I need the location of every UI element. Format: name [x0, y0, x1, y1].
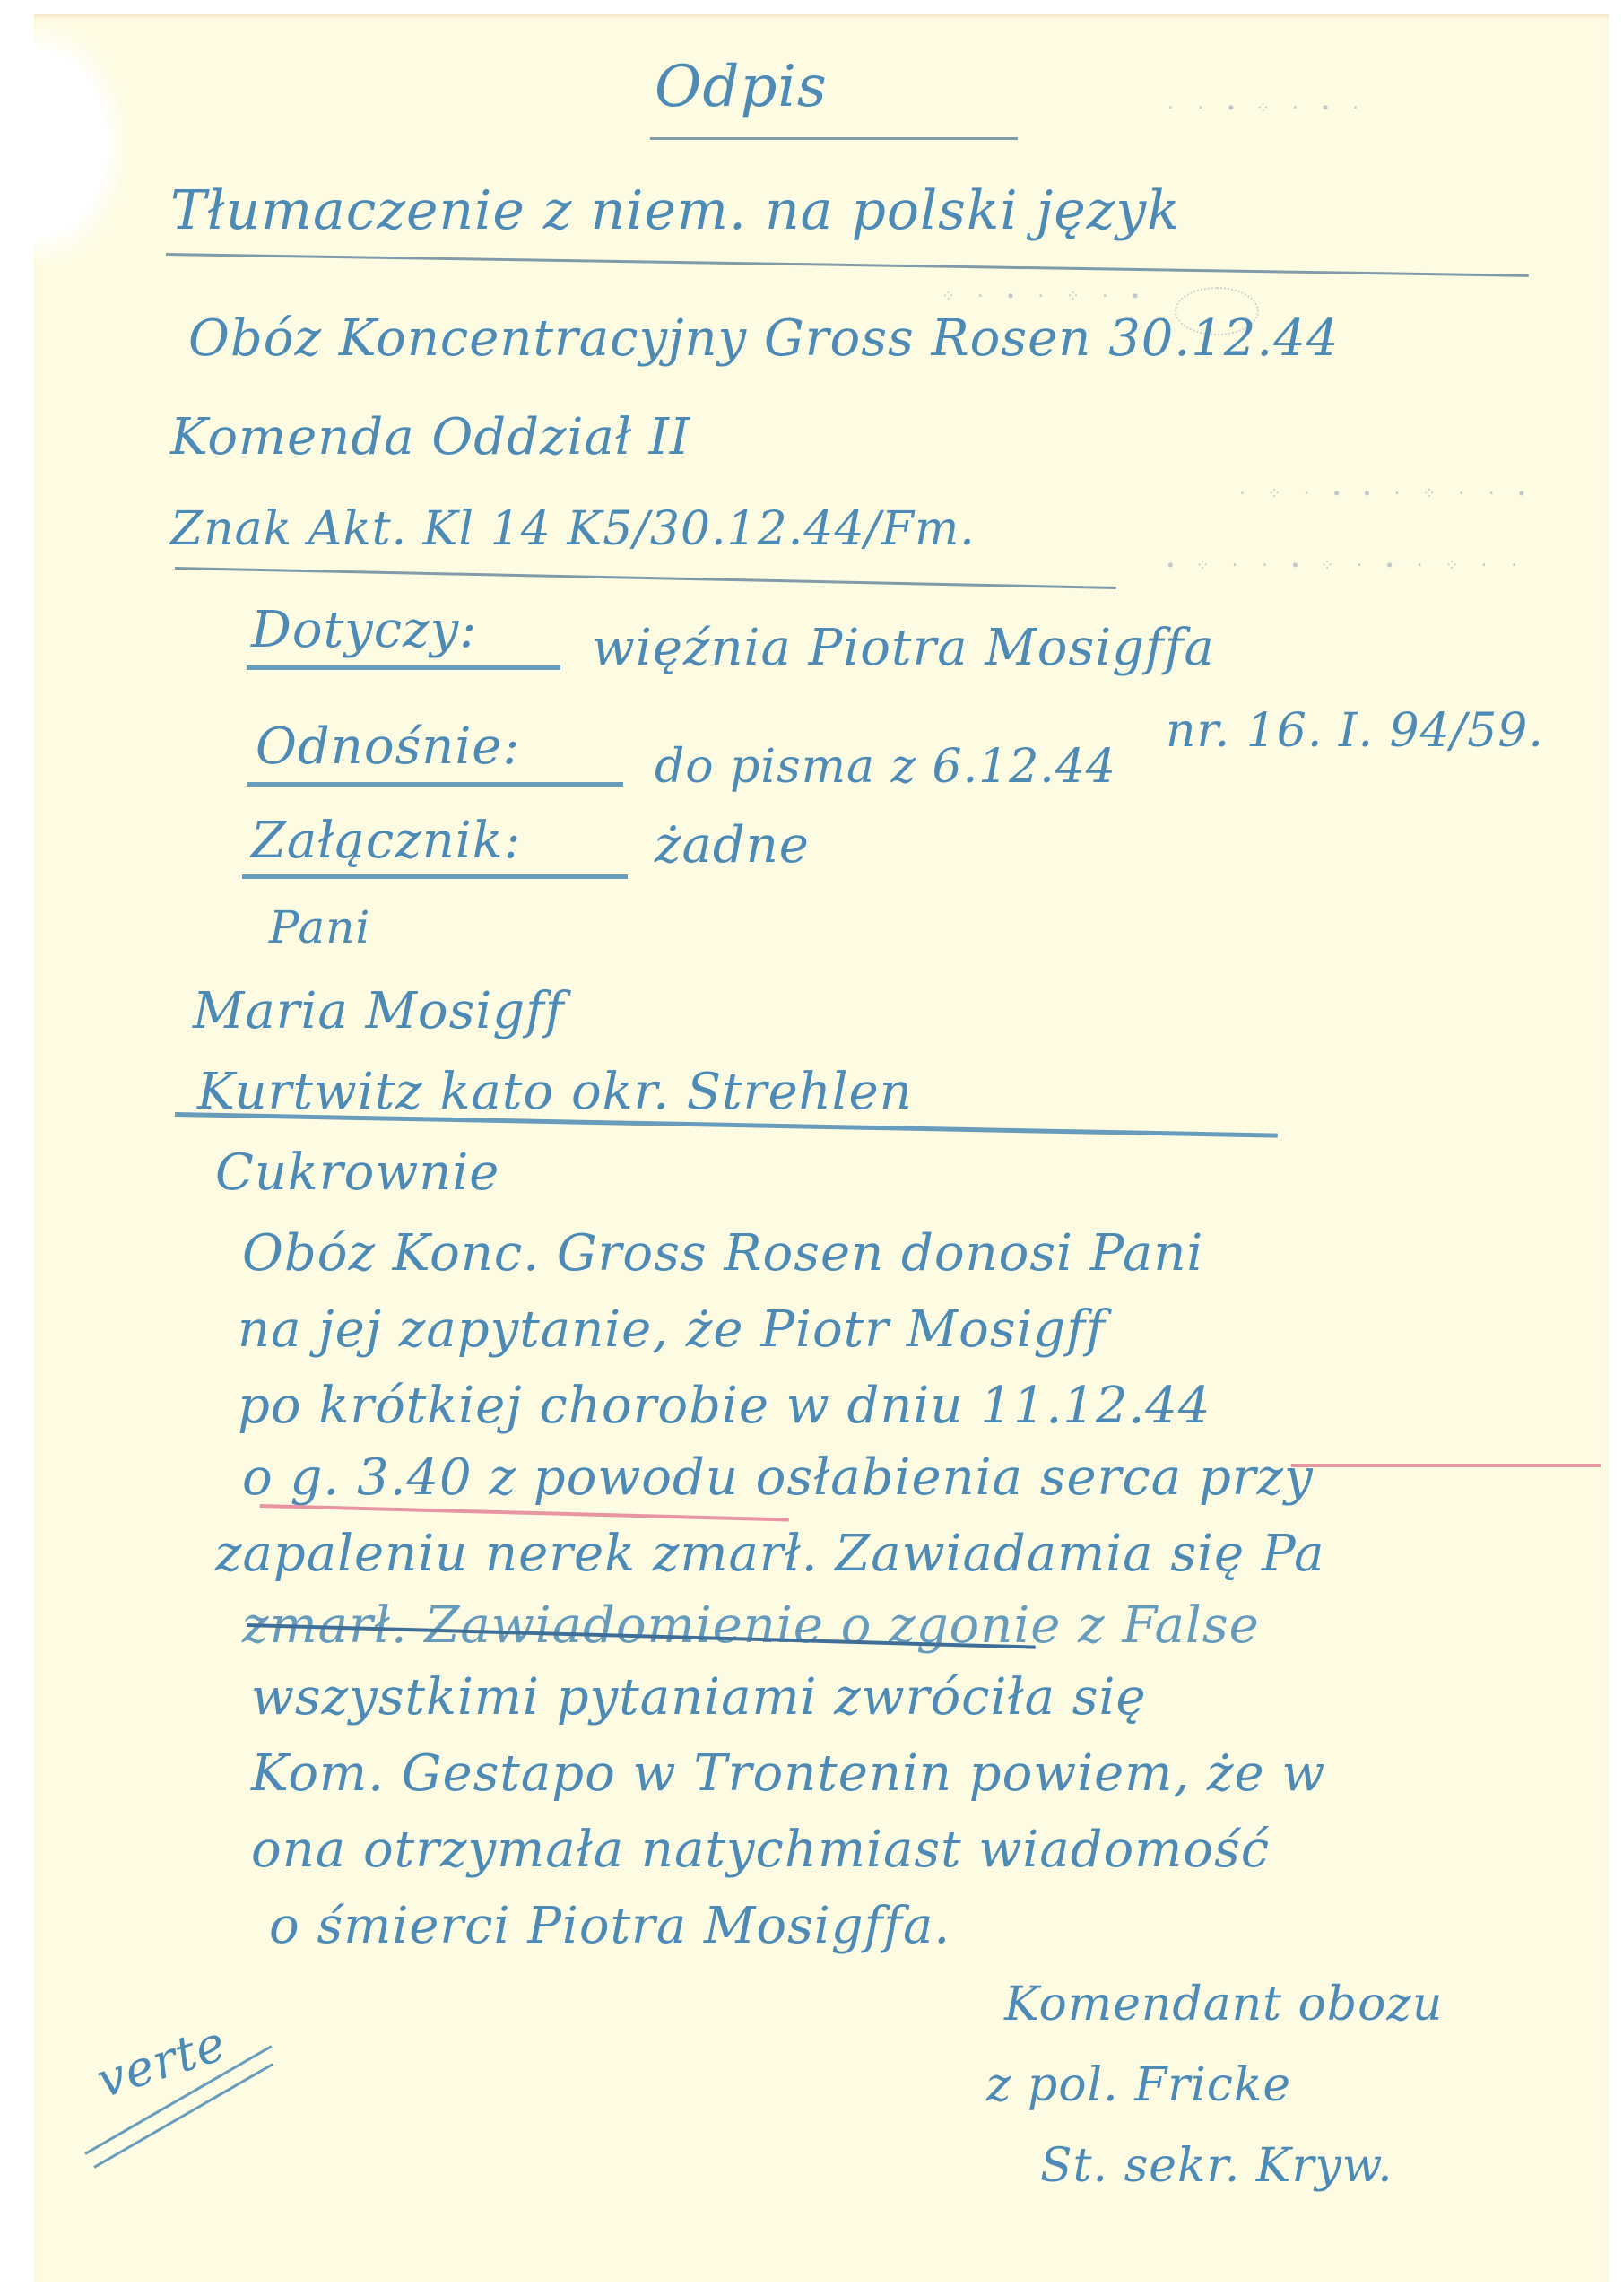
- attachments-label: Załącznik:: [251, 812, 521, 870]
- body-line: Obóz Konc. Gross Rosen donosi Pani: [242, 1224, 1203, 1283]
- recipient-name: Maria Mosigff: [193, 982, 565, 1040]
- faded-stamp-text: · · ∙ ⁘ · ∙ ·: [1166, 99, 1366, 117]
- subject-value: więźnia Piotra Mosigffa: [592, 619, 1215, 677]
- file-reference: Znak Akt. Kl 14 K5/30.12.44/Fm.: [170, 502, 976, 556]
- document-subtitle: Tłumaczenie z niem. na polski język: [170, 179, 1181, 242]
- reference-label: Odnośnie:: [256, 717, 520, 776]
- document-title: Odpis: [655, 54, 828, 120]
- signature-rank: St. sekr. Kryw.: [1040, 2139, 1393, 2193]
- camp-line: Obóz Koncentracyjny Gross Rosen 30.12.44: [188, 309, 1339, 368]
- body-line: o g. 3.40 z powodu osłabienia serca przy: [242, 1448, 1314, 1507]
- department-line: Komenda Oddział II: [170, 408, 690, 466]
- paper-torn-edge: [34, 27, 124, 260]
- title-underline: [650, 137, 1018, 140]
- body-line: na jej zapytanie, że Piotr Mosigff: [238, 1300, 1106, 1359]
- recipient-address: Kurtwitz kato okr. Strehlen: [197, 1063, 913, 1121]
- body-line: o śmierci Piotra Mosigffa.: [269, 1897, 950, 1955]
- body-line: po krótkiej chorobie w dniu 11.12.44: [238, 1377, 1211, 1435]
- subject-label: Dotyczy:: [251, 601, 477, 659]
- signature-role: Komendant obozu: [1004, 1978, 1443, 2031]
- signature-name: z pol. Fricke: [986, 2058, 1291, 2112]
- attachments-value: żadne: [655, 816, 810, 874]
- reference-value: do pisma z 6.12.44: [655, 740, 1116, 794]
- body-line-struck: zmarł. Zawiadomienie o zgonie z False: [242, 1596, 1260, 1655]
- faded-stamp-text: · ⁘ · ∙ ∙ · ⁘ · · ∙: [1237, 484, 1532, 503]
- body-line: ona otrzymała natychmiast wiadomość: [251, 1821, 1270, 1879]
- body-line: Kom. Gestapo w Trontenin powiem, że w: [251, 1744, 1325, 1803]
- subject-label-underline: [247, 665, 560, 670]
- faded-stamp-text: ⁘ · ∙ · ⁘ · ∙: [942, 287, 1145, 306]
- recipient-salutation: Pani: [269, 901, 370, 953]
- attachments-label-underline: [242, 874, 628, 879]
- letter-opening: Cukrownie: [215, 1144, 499, 1202]
- reference-label-underline: [247, 782, 623, 787]
- body-line: wszystkimi pytaniami zwróciła się: [251, 1668, 1147, 1726]
- prisoner-number: nr. 16. I. 94/59.: [1166, 704, 1544, 758]
- red-pencil-underline: [1291, 1464, 1601, 1467]
- body-line: zapaleniu nerek zmarł. Zawiadamia się Pa: [215, 1525, 1325, 1583]
- faded-stamp-text: ∙ ⁘ · · ∙ ⁘ · ∙ · ⁘ · ·: [1166, 556, 1524, 575]
